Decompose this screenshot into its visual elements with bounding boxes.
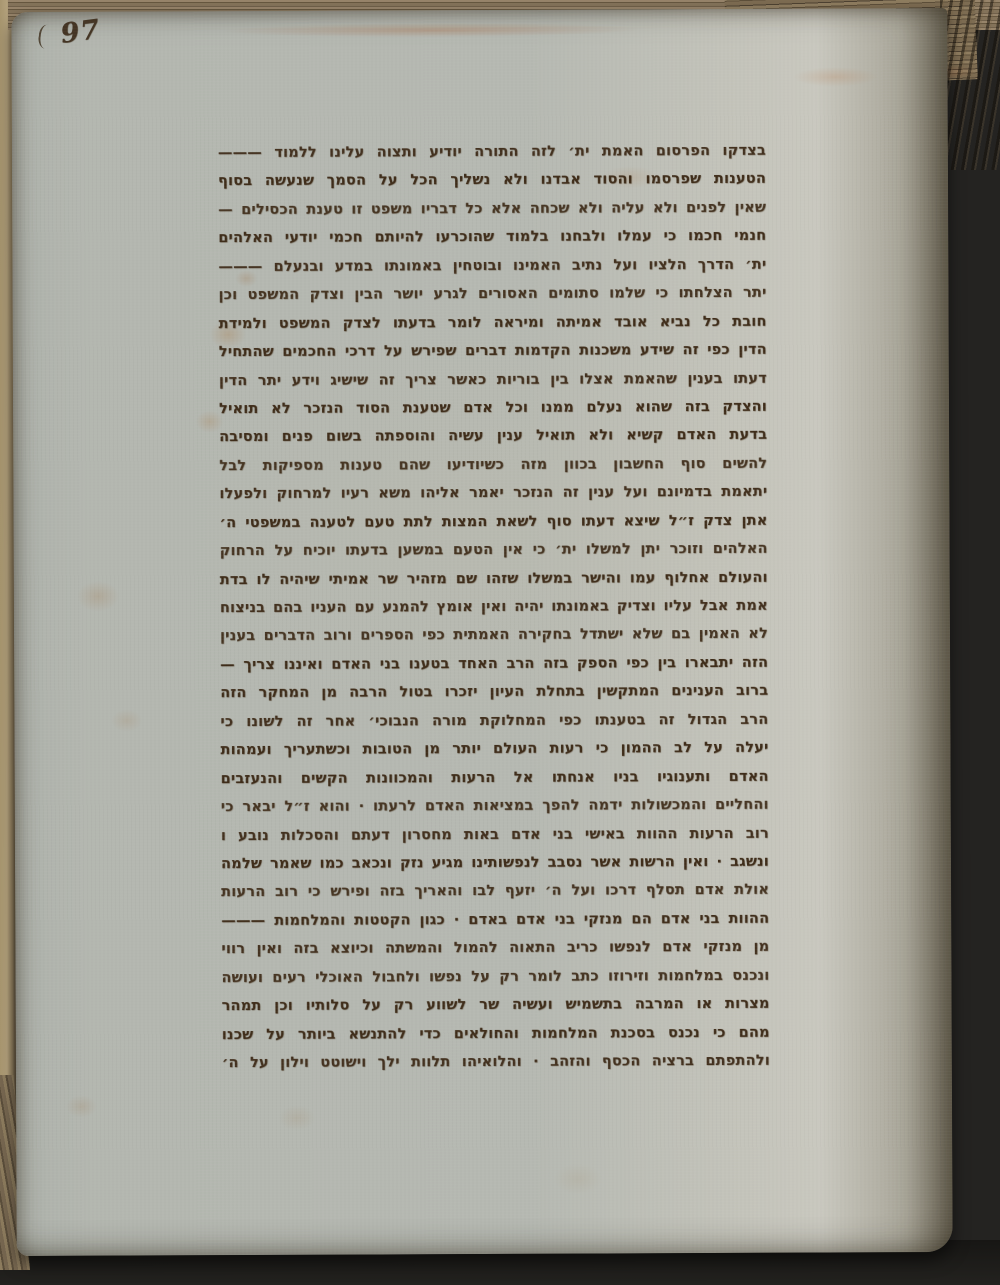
text-line: מן מנזקי אדם לנפשו כריב התאוה להמול והמש…: [221, 933, 769, 964]
text-line: אולת אדם תסלף דרכו ועל ה׳ יזעף לבו והארי…: [221, 876, 769, 907]
text-line: בצדקו הפרסום האמת ית׳ לזה התורה יודיע ות…: [218, 137, 766, 168]
text-line: רוב הרעות ההוות באישי בני אדם באות מחסרו…: [221, 819, 769, 850]
text-line: לא האמין בם שלא ישתדל בחקירה האמתית כפי …: [220, 620, 768, 651]
folio-number-text: 97: [59, 14, 102, 50]
text-line: ברוב הענינים המתקשין בתחלת העיון יזכרו ב…: [220, 677, 768, 708]
text-line: ולהתפתם ברציה הכסף והזהב · והלואיהו תלוו…: [222, 1047, 770, 1078]
manuscript-page: 97 בצדקו הפרסום האמת ית׳ לזה התורה יודיע…: [11, 8, 952, 1256]
text-line: יעלה על לב ההמון כי רעות העולם יותר מן ה…: [220, 734, 768, 765]
text-line: דעתו בענין שהאמת אצלו בין בוריות כאשר צר…: [219, 364, 767, 395]
text-line: יתאמת בדמיונם ועל ענין זה הנזכר יאמר אלי…: [219, 478, 767, 509]
text-line: להשים סוף החשבון בכוון מזה כשיודיעו שהם …: [219, 450, 767, 481]
text-line: האלהים וזוכר יתן למשלו ית׳ כי אין הטעם ב…: [220, 535, 768, 566]
folio-number: 97: [38, 14, 102, 52]
text-line: הטענות שפרסמו והסוד אבדנו ולא נשליך הכל …: [218, 165, 766, 196]
text-line: הרב הגדול זה בטענתו כפי המחלוקת מורה הנב…: [220, 706, 768, 737]
text-line: שאין לפנים ולא עליה ולא שכחה אלא כל דברי…: [218, 194, 766, 225]
text-line: והחליים והמכשולות ידמה להפך במציאות האדם…: [221, 791, 769, 822]
text-line: ההוות בני אדם הם מנזקי בני אדם באדם · כג…: [221, 905, 769, 936]
text-line: מהם כי נכנס בסכנת המלחמות והחולאים כדי ל…: [222, 1018, 770, 1049]
spine-headcap: [940, 0, 1000, 170]
text-line: ונכנס במלחמות וזירוזו כתב לומר רק על נפש…: [221, 961, 769, 992]
text-line: אתן צדק ז״ל שיצא דעתו סוף לשאת המצות לתת…: [219, 506, 767, 537]
photo-frame: 97 בצדקו הפרסום האמת ית׳ לזה התורה יודיע…: [0, 0, 1000, 1285]
text-line: והצדק בזה שהוא נעלם ממנו וכל אדם שטענת ה…: [219, 393, 767, 424]
text-line: ית׳ הדרך הלציו ועל נתיב האמינו ובוטחין ב…: [218, 251, 766, 282]
text-line: בדעת האדם קשיא ולא תואיל ענין עשיה והוספ…: [219, 421, 767, 452]
text-line: הזה יתבארו בין כפי הספק בזה הרב האחד בטע…: [220, 649, 768, 680]
text-line: חובת כל נביא אובד אמיתה ומיראה לומר בדעת…: [219, 307, 767, 338]
text-line: חנמי חכמו כי עמלו ולבחנו בלמוד שהוכרעו ל…: [218, 222, 766, 253]
text-line: והעולם אחלוף עמו והישר במשלו שזהו שם מזה…: [220, 563, 768, 594]
folio-flourish-mark: [37, 24, 55, 50]
text-line: ונשגב · ואין הרשות אשר נסבב לנפשותינו מג…: [221, 848, 769, 879]
text-line: האדם ותענוגיו בניו אנחתו אל הרעות והמכוו…: [221, 762, 769, 793]
text-line: מצרות או המרבה בתשמיש ועשיה שר לשווע רק …: [222, 990, 770, 1021]
text-line: יתר הצלחתו כי שלמו סתומים האסורים לגרע י…: [218, 279, 766, 310]
text-line: הדין כפי זה שידע משכנות הקדמות דברים שפי…: [219, 336, 767, 367]
text-line: אמת אבל עליו וצדיק באמונתו יהיה ואין אומ…: [220, 592, 768, 623]
text-block: בצדקו הפרסום האמת ית׳ לזה התורה יודיע ות…: [218, 137, 770, 1091]
